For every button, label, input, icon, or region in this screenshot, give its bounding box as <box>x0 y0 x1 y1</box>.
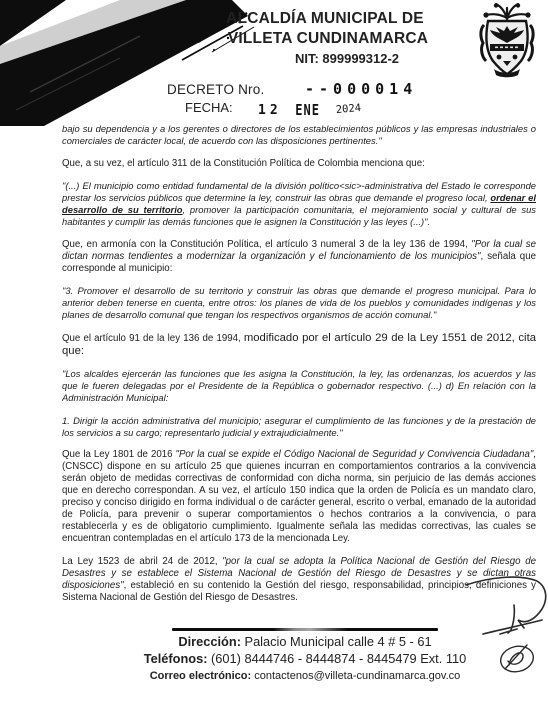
paragraph-articulo-311: Que, a su vez, el artículo 311 de la Con… <box>62 158 536 170</box>
decree-number-stamp: --000014 <box>305 80 417 98</box>
address-label: Dirección: <box>178 634 241 649</box>
phones-label: Teléfonos: <box>144 651 208 666</box>
paragraph-quote-alcaldes: "Los alcaldes ejercerán las funciones qu… <box>62 368 536 404</box>
text-part: La Ley 1523 de abril 24 de 2012, <box>62 556 222 567</box>
email-value: contactenos@villeta-cundinamarca.gov.co <box>254 670 460 682</box>
date-stamp-year: 2024 <box>335 102 361 116</box>
address-value: Palacio Municipal calle 4 # 5 - 61 <box>245 634 432 649</box>
paragraph-quote-numeral-3: "3. Promover el desarrollo de su territo… <box>62 285 536 321</box>
paragraph-ley-1523: La Ley 1523 de abril 24 de 2012, "por la… <box>62 556 536 604</box>
paragraph-ley-1801: Que la Ley 1801 de 2016 "Por la cual se … <box>62 449 536 545</box>
text-part: , (CNSCC) dispone en su artículo 25 que … <box>62 449 536 544</box>
date-label: FECHA: <box>185 100 233 115</box>
paragraph-articulo-91: Que el artículo 91 de la ley 136 de 1994… <box>62 332 536 358</box>
text-part: Que, en armonía con la Constitución Polí… <box>62 239 471 250</box>
text-part: Que el artículo 91 de la ley 136 de 1994… <box>62 333 244 344</box>
scanned-decree-page: ALCALDÍA MUNICIPAL DE VILLETA CUNDINAMAR… <box>0 0 548 706</box>
footer-divider-line <box>172 628 438 631</box>
paragraph-quote-dirigir: 1. Dirigir la acción administrativa del … <box>62 415 536 439</box>
date-stamp-day: 12 <box>258 103 282 118</box>
date-stamp-month: ENE <box>295 101 320 119</box>
text-part: Que la Ley 1801 de 2016 <box>62 449 176 460</box>
municipality-title-line1: ALCALDÍA MUNICIPAL DE <box>175 9 475 28</box>
municipality-title-line2: VILLETA CUNDINAMARCA <box>178 29 478 48</box>
footer-address-line: Dirección: Palacio Municipal calle 4 # 5… <box>70 634 540 650</box>
law-title-italic: "Por la cual se expide el Código Naciona… <box>176 449 534 460</box>
nit-number: NIT: 899999312-2 <box>197 51 497 66</box>
date-stamp: 12 ENE 2024 <box>258 99 361 118</box>
paragraph-ley-136: Que, en armonía con la Constitución Polí… <box>62 239 536 275</box>
footer-contact-block: Dirección: Palacio Municipal calle 4 # 5… <box>70 634 540 683</box>
email-label: Correo electrónico: <box>150 670 251 682</box>
text-part: , estableció en su contenido la Gestión … <box>62 580 536 603</box>
paragraph-quote-dependencia: bajo su dependencia y a los gerentes o d… <box>62 123 536 147</box>
footer-phones-line: Teléfonos: (601) 8444746 - 8444874 - 844… <box>70 651 540 667</box>
paragraph-quote-municipio: "(...) El municipio como entidad fundame… <box>62 180 536 228</box>
coat-of-arms-icon <box>478 3 536 81</box>
footer-email-line: Correo electrónico: contactenos@villeta-… <box>70 669 540 683</box>
decree-body: bajo su dependencia y a los gerentes o d… <box>62 123 536 628</box>
quote-part: "(...) El municipio como entidad fundame… <box>62 180 536 203</box>
phones-value: (601) 8444746 - 8444874 - 8445479 Ext. 1… <box>211 651 466 666</box>
decree-number-label: DECRETO Nro. <box>167 82 264 97</box>
